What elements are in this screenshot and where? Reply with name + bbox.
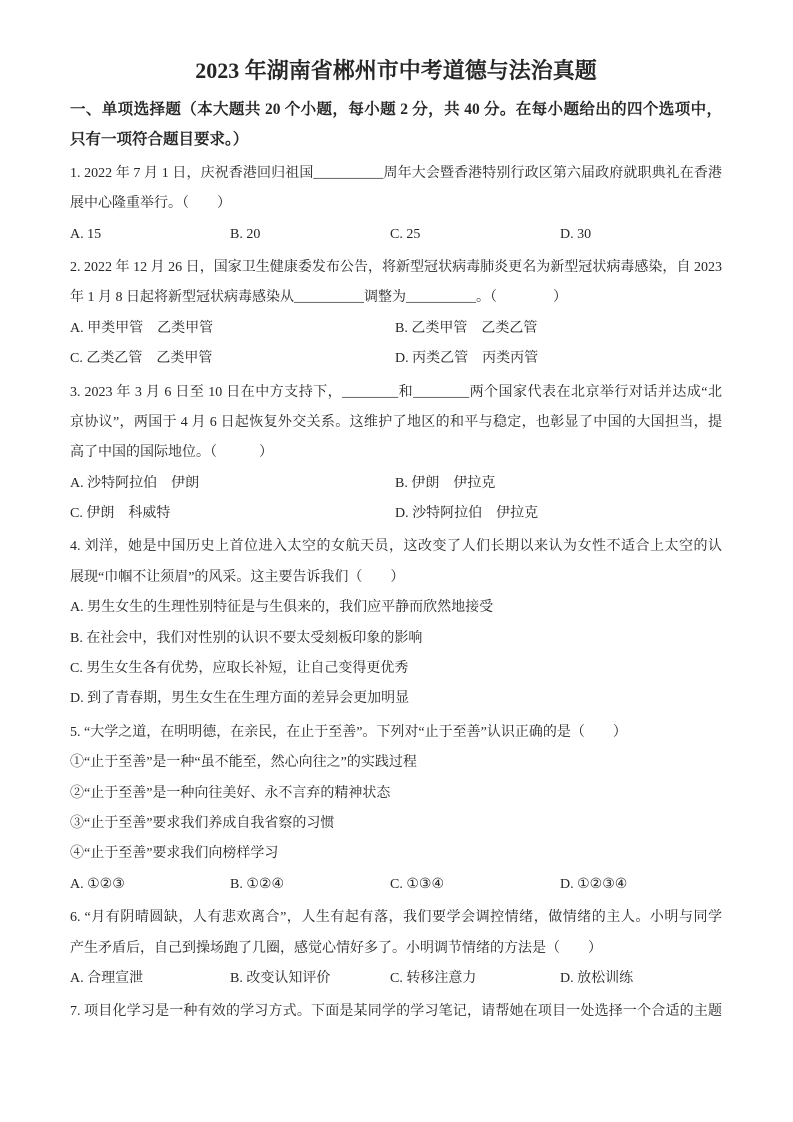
question-line: 高了中国的国际地位。（ ） [70, 438, 722, 468]
option-cell: A. 甲类甲管 乙类甲管 [70, 314, 395, 344]
option-cell: C. 伊朗 科威特 [70, 499, 395, 529]
question-block: 4. 刘洋，她是中国历史上首位进入太空的女航天员，这改变了人们长期以来认为女性不… [70, 532, 722, 714]
questions: 1. 2022 年 7 月 1 日，庆祝香港回归祖国__________周年大会… [70, 159, 722, 1028]
page-content: 2023 年湖南省郴州市中考道德与法治真题 一、单项选择题（本大题共 20 个小… [70, 0, 722, 1028]
option-cell: A. 沙特阿拉伯 伊朗 [70, 469, 395, 499]
option-cell: D. 沙特阿拉伯 伊拉克 [395, 499, 722, 529]
question-line: 展现“巾帼不让须眉”的风采。这主要告诉我们（ ） [70, 563, 722, 593]
question-line: 京协议”，两国于 4 月 6 日起恢复外交关系。这维护了地区的和平与稳定，也彰显… [70, 408, 722, 438]
question-line: 2. 2022 年 12 月 26 日，国家卫生健康委发布公告，将新型冠状病毒肺… [70, 253, 722, 283]
question-line: 3. 2023 年 3 月 6 日至 10 日在中方支持下，________和_… [70, 378, 722, 408]
question-line: 4. 刘洋，她是中国历史上首位进入太空的女航天员，这改变了人们长期以来认为女性不… [70, 532, 722, 562]
options-row: A. 甲类甲管 乙类甲管B. 乙类甲管 乙类乙管 [70, 314, 722, 344]
options-row: C. 伊朗 科威特D. 沙特阿拉伯 伊拉克 [70, 499, 722, 529]
option-cell: C. ①③④ [390, 870, 560, 900]
option-cell: A. ①②③ [70, 870, 230, 900]
option-cell: B. 改变认知评价 [230, 964, 390, 994]
options-row: C. 乙类乙管 乙类甲管D. 丙类乙管 丙类丙管 [70, 344, 722, 374]
question-block: 1. 2022 年 7 月 1 日，庆祝香港回归祖国__________周年大会… [70, 159, 722, 250]
option-cell: A. 合理宣泄 [70, 964, 230, 994]
question-block: 6. “月有阴晴圆缺，人有悲欢离合”，人生有起有落，我们要学会调控情绪，做情绪的… [70, 903, 722, 994]
option-cell: C. 转移注意力 [390, 964, 560, 994]
question-line: A. 男生女生的生理性别特征是与生俱来的，我们应平静而欣然地接受 [70, 593, 722, 623]
option-cell: C. 25 [390, 220, 560, 250]
options-row: A. 合理宣泄B. 改变认知评价C. 转移注意力D. 放松训练 [70, 964, 722, 994]
question-line: 年 1 月 8 日起将新型冠状病毒感染从__________调整为_______… [70, 283, 722, 313]
question-line: 5. “大学之道，在明明德，在亲民，在止于至善”。下列对“止于至善”认识正确的是… [70, 718, 722, 748]
question-line: ②“止于至善”是一种向往美好、永不言弃的精神状态 [70, 779, 722, 809]
question-line: 展中心隆重举行。（ ） [70, 189, 722, 219]
exam-paper-page: 2023 年湖南省郴州市中考道德与法治真题 一、单项选择题（本大题共 20 个小… [0, 0, 793, 1122]
question-line: 6. “月有阴晴圆缺，人有悲欢离合”，人生有起有落，我们要学会调控情绪，做情绪的… [70, 903, 722, 933]
question-line: C. 男生女生各有优势，应取长补短，让自己变得更优秀 [70, 654, 722, 684]
question-line: 7. 项目化学习是一种有效的学习方式。下面是某同学的学习笔记，请帮她在项目一处选… [70, 997, 722, 1027]
section-header-line: 只有一项符合题目要求。） [70, 125, 722, 155]
question-line: ①“止于至善”是一种“虽不能至，然心向往之”的实践过程 [70, 748, 722, 778]
question-line: 1. 2022 年 7 月 1 日，庆祝香港回归祖国__________周年大会… [70, 159, 722, 189]
options-row: A. 15B. 20C. 25D. 30 [70, 220, 722, 250]
question-block: 3. 2023 年 3 月 6 日至 10 日在中方支持下，________和_… [70, 378, 722, 530]
options-row: A. 沙特阿拉伯 伊朗B. 伊朗 伊拉克 [70, 469, 722, 499]
question-line: D. 到了青春期，男生女生在生理方面的差异会更加明显 [70, 684, 722, 714]
options-row: A. ①②③B. ①②④C. ①③④D. ①②③④ [70, 870, 722, 900]
option-cell: C. 乙类乙管 乙类甲管 [70, 344, 395, 374]
question-line: ④“止于至善”要求我们向榜样学习 [70, 839, 722, 869]
question-line: 产生矛盾后，自己到操场跑了几圈，感觉心情好多了。小明调节情绪的方法是（ ） [70, 934, 722, 964]
page-title: 2023 年湖南省郴州市中考道德与法治真题 [70, 58, 722, 84]
option-cell: D. 丙类乙管 丙类丙管 [395, 344, 722, 374]
question-line: B. 在社会中，我们对性别的认识不要太受刻板印象的影响 [70, 624, 722, 654]
question-block: 2. 2022 年 12 月 26 日，国家卫生健康委发布公告，将新型冠状病毒肺… [70, 253, 722, 375]
section-header-line: 一、单项选择题（本大题共 20 个小题，每小题 2 分，共 40 分。在每小题给… [70, 95, 722, 125]
option-cell: B. 20 [230, 220, 390, 250]
section-header: 一、单项选择题（本大题共 20 个小题，每小题 2 分，共 40 分。在每小题给… [70, 95, 722, 156]
question-line: ③“止于至善”要求我们养成自我省察的习惯 [70, 809, 722, 839]
option-cell: D. 放松训练 [560, 964, 722, 994]
question-block: 7. 项目化学习是一种有效的学习方式。下面是某同学的学习笔记，请帮她在项目一处选… [70, 997, 722, 1027]
question-block: 5. “大学之道，在明明德，在亲民，在止于至善”。下列对“止于至善”认识正确的是… [70, 718, 722, 900]
option-cell: B. 伊朗 伊拉克 [395, 469, 722, 499]
option-cell: B. ①②④ [230, 870, 390, 900]
option-cell: A. 15 [70, 220, 230, 250]
option-cell: D. 30 [560, 220, 722, 250]
option-cell: D. ①②③④ [560, 870, 722, 900]
option-cell: B. 乙类甲管 乙类乙管 [395, 314, 722, 344]
